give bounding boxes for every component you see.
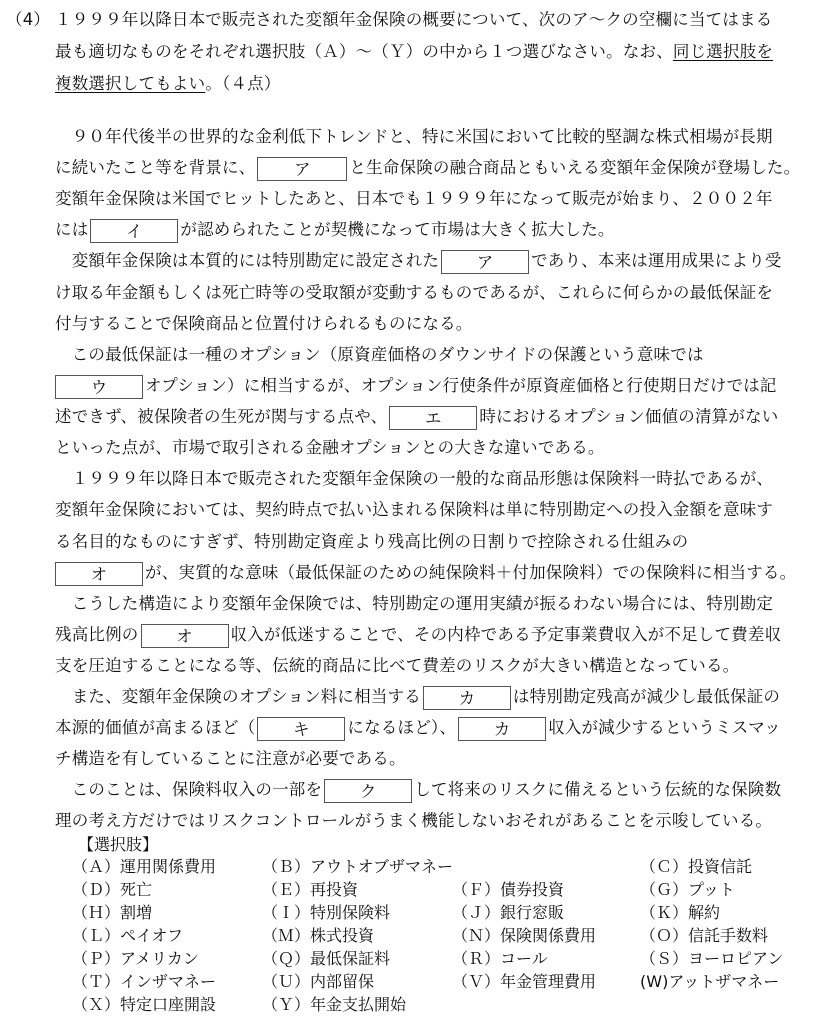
choice-label: インザマネー (120, 972, 216, 991)
choice-code: （Ｇ） (640, 880, 688, 899)
choice-item: （Ｑ）最低保証料 (262, 948, 390, 970)
text: は特別勘定残高が減少し最低保証の (513, 687, 780, 706)
choice-code: （Ｈ） (72, 903, 120, 922)
blank-ka-2: カ (458, 717, 546, 741)
question-line-1: １９９９年以降日本で販売された変額年金保険の概要について、次のア～クの空欄に当て… (55, 8, 772, 32)
choice-item: (W)アットザマネー (640, 971, 779, 993)
choice-code: （Ｕ） (262, 972, 310, 991)
blank-ki: キ (257, 717, 345, 741)
question-number: （4） (6, 8, 50, 32)
choice-label: アメリカン (120, 949, 199, 968)
choice-label: ペイオフ (120, 926, 183, 945)
choice-item: （Ｇ）プット (640, 879, 735, 901)
passage-line: 本源的価値が高まるほど（キになるほど）、カ収入が減少するというミスマッ (55, 716, 781, 741)
choice-code: （Ｔ） (72, 972, 120, 991)
choice-code: （Ｋ） (640, 903, 688, 922)
choice-item: （Ｌ）ペイオフ (72, 925, 183, 947)
choice-label: 年金支払開始 (310, 995, 406, 1014)
choice-label: アットザマネー (668, 972, 779, 991)
text: に続いたこと等を背景に、 (55, 158, 255, 177)
passage-line: 付与することで保険商品と位置付けられるものになる。 (55, 312, 473, 336)
choice-label: プット (688, 880, 735, 899)
choice-code: （Ｄ） (72, 880, 120, 899)
text: して将来のリスクに備えるという伝統的な保険数 (414, 780, 781, 799)
choice-item: （Ｐ）アメリカン (72, 948, 199, 970)
blank-e: エ (389, 406, 477, 430)
choice-label: 運用関係費用 (120, 857, 216, 876)
choice-item: （Ｒ）コール (452, 948, 548, 970)
choice-code: （Ｃ） (640, 857, 688, 876)
passage-line: ９０年代後半の世界的な金利低下トレンドと、特に米国において比較的堅調な株式相場が… (55, 125, 773, 149)
choice-item: （Ｍ）株式投資 (262, 925, 374, 947)
passage-line: に続いたこと等を背景に、アと生命保険の融合商品ともいえる変額年金保険が登場した。 (55, 156, 800, 181)
choice-item: （Ｊ）銀行窓販 (452, 902, 564, 924)
choice-code: （Ｖ） (452, 972, 500, 991)
choice-code: （Ｅ） (262, 880, 310, 899)
choice-label: 信託手数料 (688, 926, 768, 945)
choice-code: （Ｊ） (452, 903, 500, 922)
choice-label: 解約 (688, 903, 720, 922)
passage-line: 変額年金保険においては、契約時点で払い込まれる保険料は単に特別勘定への投入金額を… (55, 498, 773, 522)
choice-item: （Ｄ）死亡 (72, 879, 152, 901)
blank-a: ア (257, 157, 347, 181)
choice-item: （Ｔ）インザマネー (72, 971, 216, 993)
question-text: 最も適切なものをそれぞれ選択肢（Ａ）～（Ｙ）の中から１つ選びなさい。なお、 (55, 42, 673, 61)
text: が認められたことが契機になって市場は大きく拡大した。 (180, 220, 614, 239)
choices-title: 【選択肢】 (78, 832, 158, 855)
choice-item: （Ｓ）ヨーロピアン (640, 948, 783, 970)
underlined-note: 同じ選択肢を (673, 42, 773, 61)
passage-line: この最低保証は一種のオプション（原資産価格のダウンサイドの保護という意味では (55, 343, 704, 367)
choice-item: （Ｏ）信託手数料 (640, 925, 768, 947)
passage-line: チ構造を有していることに注意が必要である。 (55, 747, 406, 771)
text: と生命保険の融合商品ともいえる変額年金保険が登場した。 (349, 158, 800, 177)
choice-label: 債券投資 (500, 880, 564, 899)
choice-code: （Ａ） (72, 857, 120, 876)
passage-line: 理の考え方だけではリスクコントロールがうまく機能しないおそれがあることを示唆して… (55, 809, 772, 833)
choice-code: （Ｘ） (72, 995, 120, 1014)
choice-label: 割増 (120, 903, 152, 922)
passage-line: 残高比例のオ収入が低迷することで、その内枠である予定事業費収入が不足して費差収 (55, 623, 781, 648)
passage-line: １９９９年以降日本で販売された変額年金保険の一般的な商品形態は保険料一時払である… (55, 467, 773, 491)
passage-line: 支を圧迫することになる等、伝統的商品に比べて費差のリスクが大きい構造となっている… (55, 654, 739, 678)
blank-o-2: オ (141, 624, 229, 648)
text: 時におけるオプション価値の清算がない (479, 407, 778, 426)
passage-line: また、変額年金保険のオプション料に相当するカは特別勘定残高が減少し最低保証の (55, 685, 780, 710)
choice-label: 特定口座開設 (120, 995, 216, 1014)
text: になるほど）、 (347, 718, 456, 737)
choice-code: （Ｉ） (262, 903, 310, 922)
choice-label: 銀行窓販 (500, 903, 564, 922)
underlined-note-cont: 複数選択してもよい (55, 74, 205, 93)
question-line-2: 最も適切なものをそれぞれ選択肢（Ａ）～（Ｙ）の中から１つ選びなさい。なお、同じ選… (55, 40, 773, 64)
blank-ka: カ (423, 686, 511, 710)
passage-line: こうした構造により変額年金保険では、特別勘定の運用実績が振るわない場合には、特別… (55, 592, 773, 616)
choice-item: （Ｘ）特定口座開設 (72, 994, 216, 1016)
choice-label: 特別保険料 (310, 903, 390, 922)
choice-item: （Ｈ）割増 (72, 902, 152, 924)
choice-code: （Ｓ） (640, 949, 688, 968)
choice-code: （Ｎ） (452, 926, 500, 945)
choice-label: 再投資 (310, 880, 358, 899)
text: 変額年金保険は本質的には特別勘定に設定された (55, 251, 439, 270)
choice-code: （Ｒ） (452, 949, 500, 968)
choice-item: （Ｉ）特別保険料 (262, 902, 390, 924)
blank-o: オ (55, 562, 143, 586)
passage-line: オが、実質的な意味（最低保証のための純保険料＋付加保険料）での保険料に相当する。 (55, 561, 796, 586)
choice-code: （Ｑ） (262, 949, 310, 968)
blank-i: イ (90, 219, 178, 243)
choice-code: (W) (640, 972, 668, 991)
choice-code: （Ｏ） (640, 926, 688, 945)
blank-u: ウ (55, 375, 143, 399)
choice-item: （Ｖ）年金管理費用 (452, 971, 596, 993)
points-note: 。（４点） (205, 74, 280, 93)
choice-label: 株式投資 (310, 926, 374, 945)
choice-item: （Ｃ）投資信託 (640, 856, 752, 878)
passage-line: け取る年金額もしくは死亡時等の受取額が変動するものであるが、これらに何らかの最低… (55, 281, 773, 305)
choice-label: アウトオブザマネー (310, 857, 453, 876)
choice-label: 年金管理費用 (500, 972, 596, 991)
choice-code: （Ｌ） (72, 926, 120, 945)
text: また、変額年金保険のオプション料に相当する (55, 687, 421, 706)
text: には (55, 220, 88, 239)
text: このことは、保険料収入の一部を (55, 780, 322, 799)
passage-line: にはイが認められたことが契機になって市場は大きく拡大した。 (55, 218, 615, 243)
choice-item: （Ｕ）内部留保 (262, 971, 374, 993)
question-line-3: 複数選択してもよい。（４点） (55, 72, 281, 96)
choice-code: （Ｆ） (452, 880, 500, 899)
choice-label: ヨーロピアン (688, 949, 783, 968)
text: 述できず、被保険者の生死が関与する点や、 (55, 407, 387, 426)
choice-item: （Ｆ）債券投資 (452, 879, 564, 901)
choice-item: （Ｋ）解約 (640, 902, 720, 924)
blank-a-2: ア (441, 250, 529, 274)
text: 収入が低迷することで、その内枠である予定事業費収入が不足して費差収 (231, 625, 782, 644)
text: 残高比例の (55, 625, 139, 644)
text: が、実質的な意味（最低保証のための純保険料＋付加保険料）での保険料に相当する。 (145, 563, 796, 582)
choice-item: （Ｎ）保険関係費用 (452, 925, 596, 947)
blank-ku: ク (324, 779, 412, 803)
text: 本源的価値が高まるほど（ (55, 718, 255, 737)
choice-label: 内部留保 (310, 972, 374, 991)
text: オプション）に相当するが、オプション行使条件が原資産価格と行使期日だけでは記 (145, 376, 777, 395)
passage-line: このことは、保険料収入の一部をクして将来のリスクに備えるという伝統的な保険数 (55, 778, 781, 803)
choice-label: 死亡 (120, 880, 152, 899)
choice-item: （Ｂ）アウトオブザマネー (262, 856, 453, 878)
choice-label: コール (500, 949, 548, 968)
text: 収入が減少するというミスマッ (548, 718, 781, 737)
choice-code: （Ｙ） (262, 995, 310, 1014)
passage-line: ウオプション）に相当するが、オプション行使条件が原資産価格と行使期日だけでは記 (55, 374, 777, 399)
choice-item: （Ａ）運用関係費用 (72, 856, 216, 878)
choice-label: 保険関係費用 (500, 926, 596, 945)
passage-line: る名目的なものにすぎず、特別勘定資産より残高比例の日割りで控除される仕組みの (55, 530, 688, 554)
choice-label: 投資信託 (688, 857, 752, 876)
passage-line: といった点が、市場で取引される金融オプションとの大きな違いである。 (55, 436, 605, 460)
choice-label: 最低保証料 (310, 949, 390, 968)
passage-line: 述できず、被保険者の生死が関与する点や、エ時におけるオプション価値の清算がない (55, 405, 778, 430)
choice-code: （Ｂ） (262, 857, 310, 876)
choice-item: （Ｙ）年金支払開始 (262, 994, 406, 1016)
text: であり、本来は運用成果により受 (531, 251, 782, 270)
choice-item: （Ｅ）再投資 (262, 879, 358, 901)
choice-code: （Ｍ） (262, 926, 310, 945)
passage-line: 変額年金保険は本質的には特別勘定に設定されたアであり、本来は運用成果により受 (55, 249, 782, 274)
choice-code: （Ｐ） (72, 949, 120, 968)
passage-line: 変額年金保険は米国でヒットしたあと、日本でも１９９９年になって販売が始まり、２０… (55, 187, 773, 211)
